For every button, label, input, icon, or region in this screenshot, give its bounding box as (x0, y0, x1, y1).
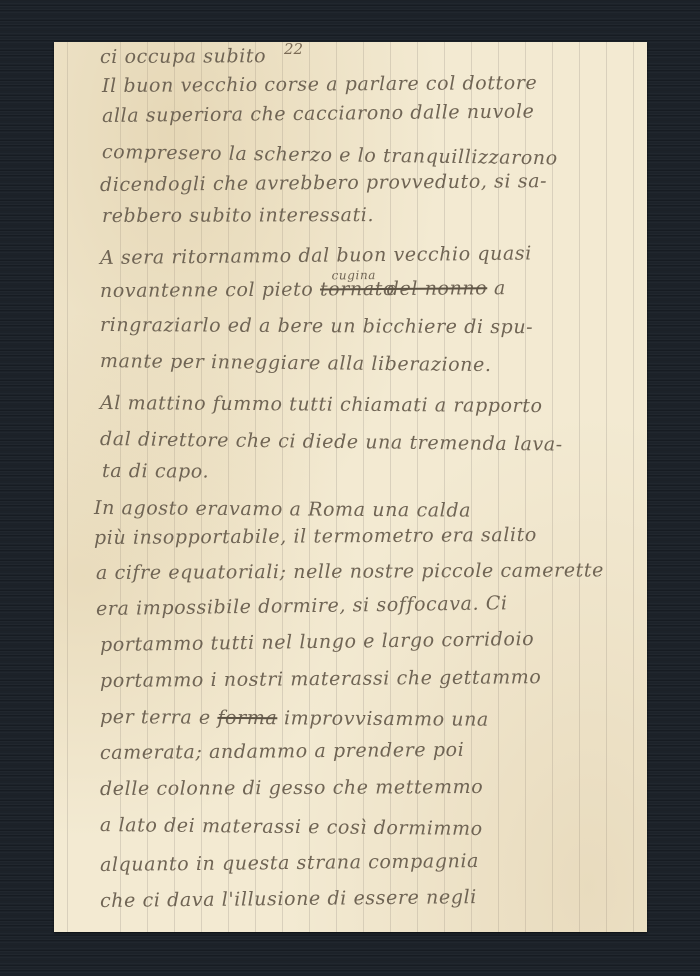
text-segment: per terra e (100, 706, 211, 729)
text-line-with-corrections: più insopportabile, il termometro era sa… (94, 524, 537, 549)
handwritten-text-body: ci occupa subito Il buon vecchio corse a… (54, 42, 647, 932)
text-line: A sera ritornammo dal buon vecchio quasi (100, 242, 532, 269)
text-line: portammo tutti nel lungo e largo corrido… (100, 628, 535, 656)
text-line: alla superiora che cacciarono dalle nuvo… (102, 100, 535, 127)
text-line: ci occupa subito (100, 45, 266, 68)
text-line: a cifre equatoriali; nelle nostre piccol… (96, 559, 604, 584)
text-line-with-corrections: novantenne col pieto tornato cugina del … (100, 277, 506, 302)
text-line: a lato dei materassi e così dormimmo (100, 814, 483, 840)
text-segment: novantenne col pieto (100, 279, 314, 302)
text-line: che ci dava l'illusione di essere negli (100, 886, 477, 912)
struck-word: forma (217, 707, 277, 729)
text-line: mante per inneggiare alla liberazione. (100, 350, 492, 376)
text-line: camerata; andammo a prendere poi (100, 739, 465, 764)
text-line: alquanto in questa strana compagnia (100, 850, 479, 876)
struck-word: del nonno (387, 277, 488, 300)
text-line: Il buon vecchio corse a parlare col dott… (102, 72, 537, 97)
text-line: delle colonne di gesso che mettemmo (100, 776, 483, 800)
text-line: In agosto eravamo a Roma una calda (94, 497, 471, 522)
inserted-word: cugina (332, 268, 377, 282)
text-segment: più insopportabile, il termometro era sa… (94, 524, 537, 549)
text-line: ringraziarlo ed a bere un bicchiere di s… (100, 314, 533, 338)
text-line: rebbero subito interessati. (102, 204, 374, 227)
text-segment: improvvisammo una (284, 707, 489, 730)
text-line: compresero la scherzo e lo tranquillizza… (102, 141, 558, 169)
text-line-with-corrections: per terra e forma improvvisammo una (100, 706, 489, 731)
text-line: portammo i nostri materassi che gettammo (100, 666, 542, 692)
text-line: ta di capo. (102, 460, 209, 483)
text-line: dicendogli che avrebbero provveduto, si … (100, 170, 547, 196)
text-segment: a (494, 277, 506, 299)
text-line: era impossibile dormire, si soffocava. C… (96, 592, 508, 620)
text-line: Al mattino fummo tutti chiamati a rappor… (100, 392, 543, 417)
manuscript-page: 22 ci occupa subito Il buon vecchio cors… (54, 42, 647, 932)
text-line: dal direttore che ci diede una tremenda … (100, 428, 563, 456)
